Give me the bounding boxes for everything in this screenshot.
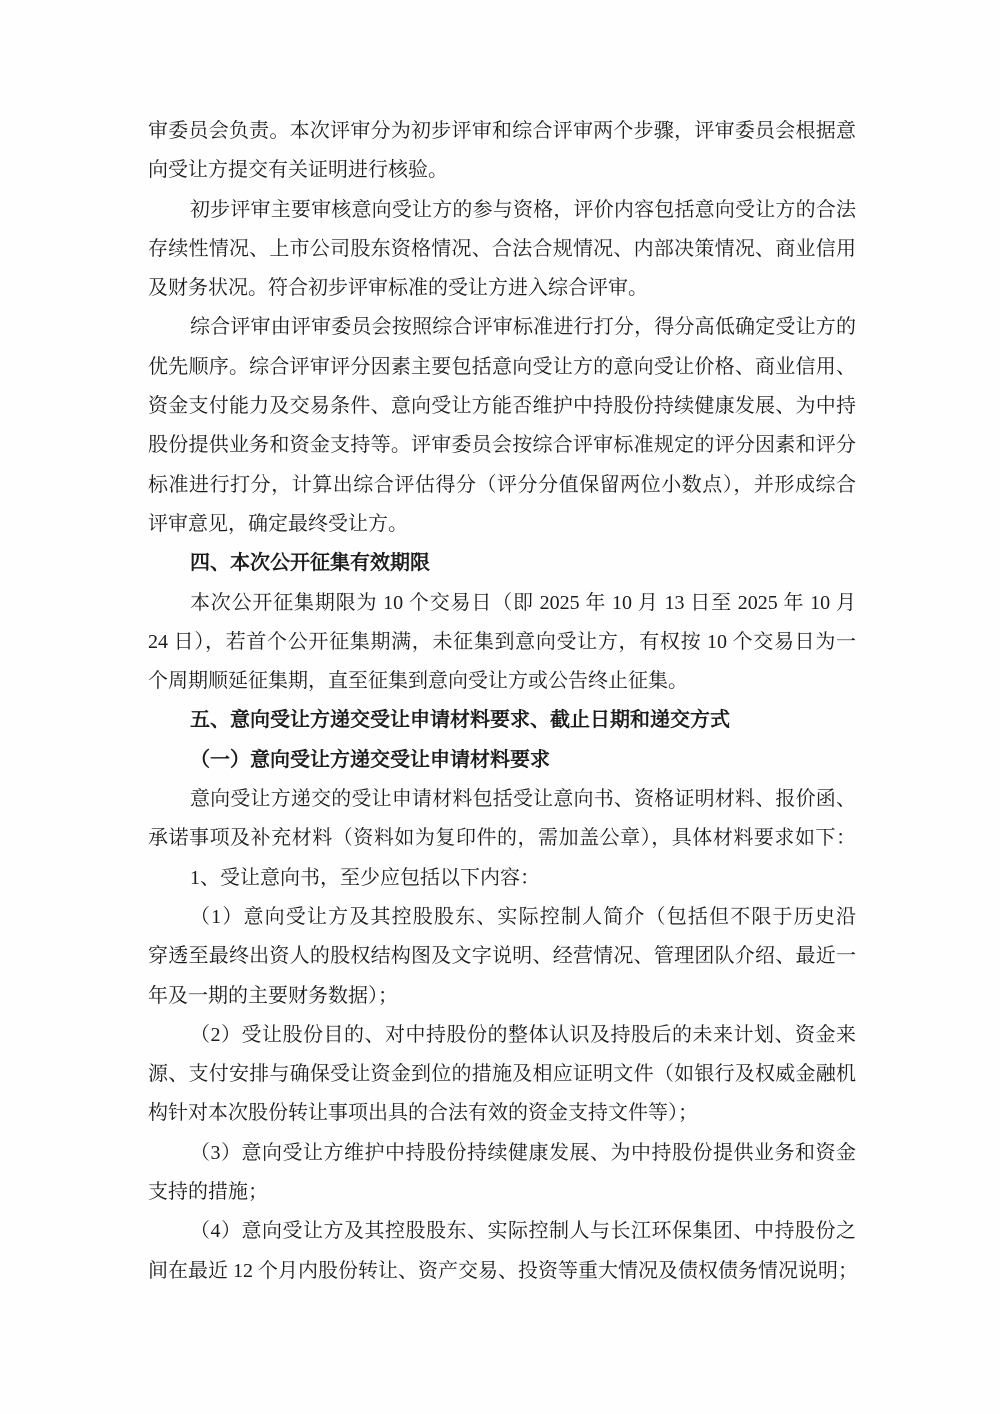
text-line: 年及一期的主要财务数据）； (148, 977, 856, 1016)
text-line: 评审意见，确定最终受让方。 (148, 505, 856, 544)
text-line: 承诺事项及补充材料（资料如为复印件的，需加盖公章），具体材料要求如下： (148, 819, 856, 858)
text-line: 24 日），若首个公开征集期满，未征集到意向受让方，有权按 10 个交易日为一 (148, 623, 856, 662)
text-line: 资金支付能力及交易条件、意向受让方能否维护中持股份持续健康发展、为中持 (148, 387, 856, 426)
text-line: （2）受让股份目的、对中持股份的整体认识及持股后的未来计划、资金来 (148, 1016, 856, 1055)
text-line: 源、支付安排与确保受让资金到位的措施及相应证明文件（如银行及权威金融机 (148, 1055, 856, 1094)
text-line: 本次公开征集期限为 10 个交易日（即 2025 年 10 月 13 日至 20… (148, 584, 856, 623)
text-line: 审委员会负责。本次评审分为初步评审和综合评审两个步骤，评审委员会根据意 (148, 112, 856, 151)
text-line: 构针对本次股份转让事项出具的合法有效的资金支持文件等）； (148, 1094, 856, 1133)
document-lines: 审委员会负责。本次评审分为初步评审和综合评审两个步骤，评审委员会根据意向受让方提… (148, 112, 856, 1291)
heading-line: 四、本次公开征集有效期限 (148, 544, 856, 583)
text-line: 意向受让方递交的受让申请材料包括受让意向书、资格证明材料、报价函、 (148, 780, 856, 819)
text-line: 优先顺序。综合评审评分因素主要包括意向受让方的意向受让价格、商业信用、 (148, 348, 856, 387)
text-line: 支持的措施； (148, 1173, 856, 1212)
text-line: 穿透至最终出资人的股权结构图及文字说明、经营情况、管理团队介绍、最近一 (148, 937, 856, 976)
text-line: 标准进行打分，计算出综合评估得分（评分分值保留两位小数点），并形成综合 (148, 466, 856, 505)
text-line: 向受让方提交有关证明进行核验。 (148, 151, 856, 190)
text-line: 股份提供业务和资金支持等。评审委员会按综合评审标准规定的评分因素和评分 (148, 426, 856, 465)
text-line: 综合评审由评审委员会按照综合评审标准进行打分，得分高低确定受让方的 (148, 308, 856, 347)
text-line: 及财务状况。符合初步评审标准的受让方进入综合评审。 (148, 269, 856, 308)
heading-line: 五、意向受让方递交受让申请材料要求、截止日期和递交方式 (148, 701, 856, 740)
text-line: （3）意向受让方维护中持股份持续健康发展、为中持股份提供业务和资金 (148, 1134, 856, 1173)
text-line: （1）意向受让方及其控股股东、实际控制人简介（包括但不限于历史沿革、 (148, 898, 856, 937)
text-line: 个周期顺延征集期，直至征集到意向受让方或公告终止征集。 (148, 662, 856, 701)
text-line: 初步评审主要审核意向受让方的参与资格，评价内容包括意向受让方的合法 (148, 191, 856, 230)
text-line: 间在最近 12 个月内股份转让、资产交易、投资等重大情况及债权债务情况说明； (148, 1252, 856, 1291)
text-line: 1、受让意向书，至少应包括以下内容： (148, 859, 856, 898)
heading-line: （一）意向受让方递交受让申请材料要求 (148, 741, 856, 780)
text-line: （4）意向受让方及其控股股东、实际控制人与长江环保集团、中持股份之 (148, 1212, 856, 1251)
text-line: 存续性情况、上市公司股东资格情况、合法合规情况、内部决策情况、商业信用 (148, 230, 856, 269)
document-page: 审委员会负责。本次评审分为初步评审和综合评审两个步骤，评审委员会根据意向受让方提… (0, 0, 1000, 1414)
